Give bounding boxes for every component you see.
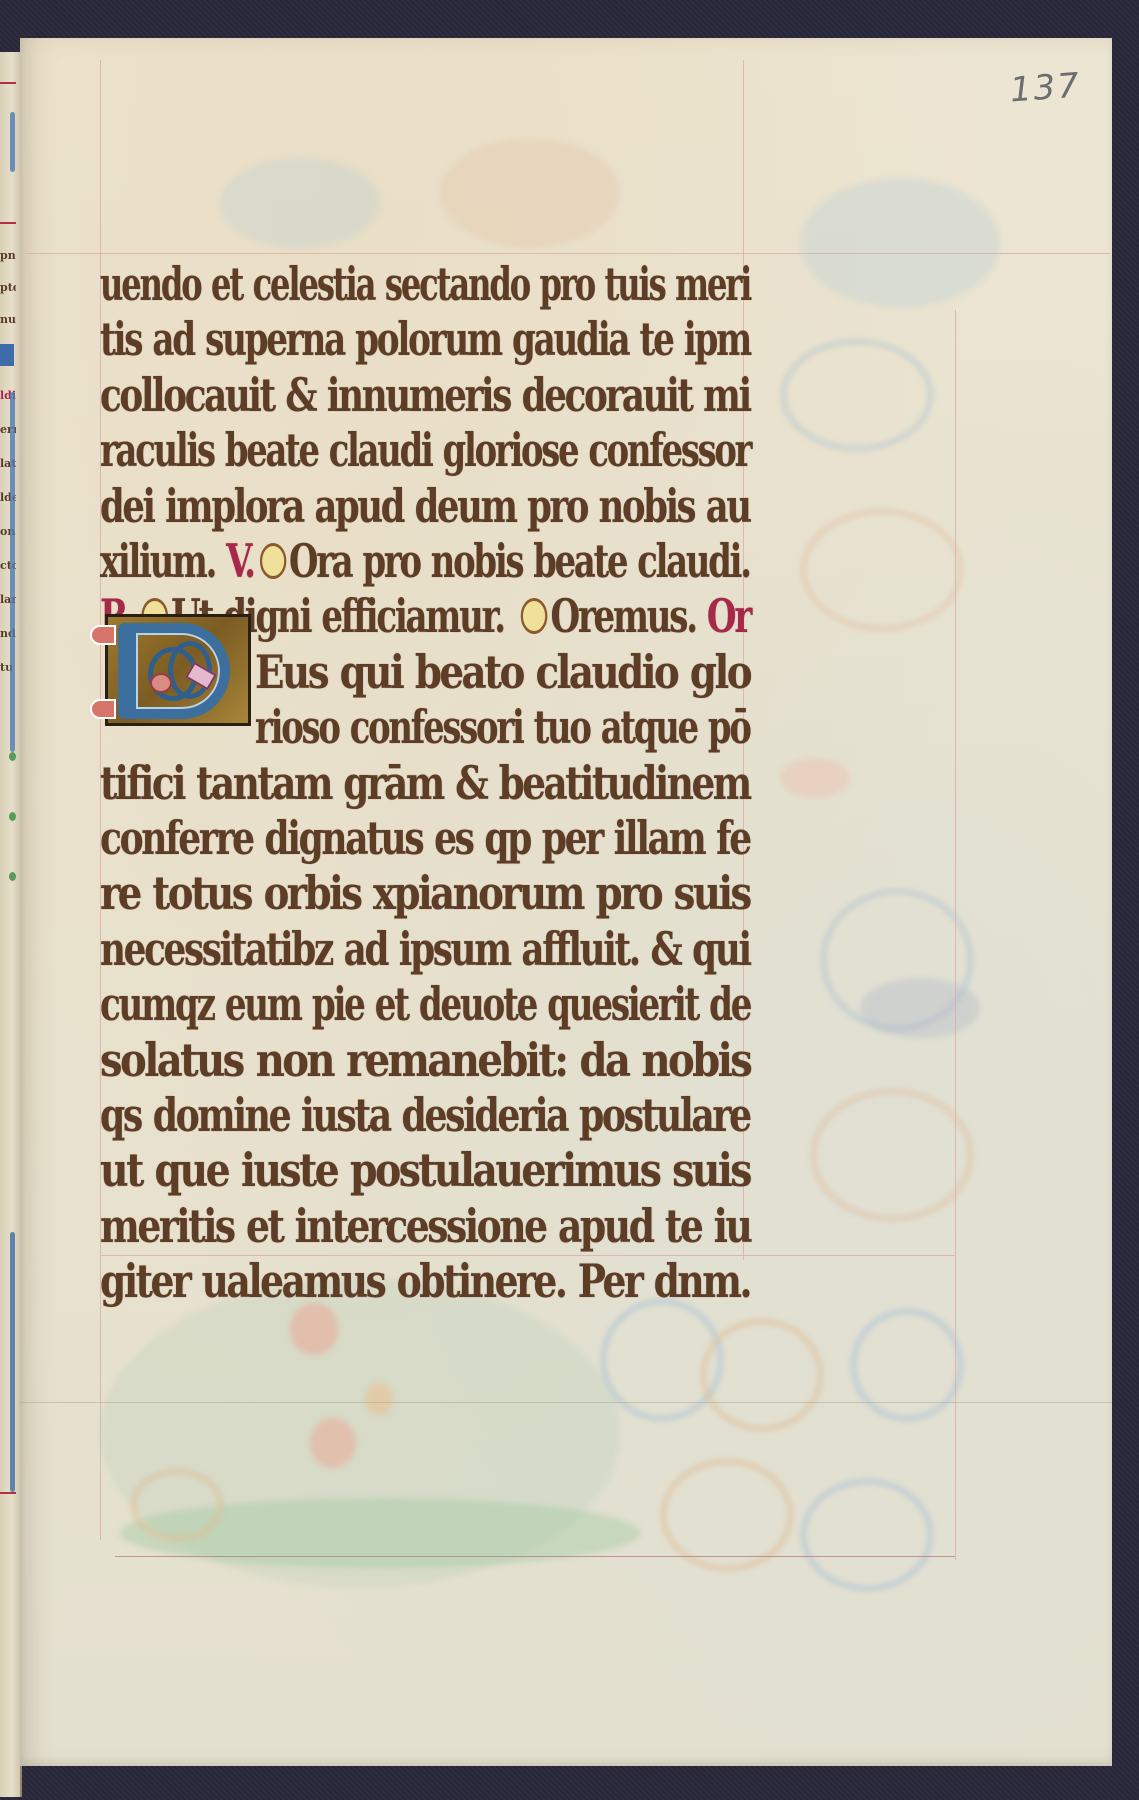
text-segment: dei implora apud deum pro nobis au <box>100 479 750 533</box>
blue-line-filler <box>0 344 14 366</box>
text-line: uendo et celestia sectando pro tuis meri <box>100 256 750 312</box>
bleed-swirl <box>850 1308 964 1422</box>
illuminated-initial-d <box>105 614 251 726</box>
initial-curl <box>90 699 116 719</box>
bleed-swirl <box>130 1468 224 1542</box>
text-line: conferre dignatus es qp per illam fe <box>100 810 750 866</box>
bleed-swirl <box>660 1458 794 1572</box>
yellow-touched-capital <box>521 598 548 634</box>
text-segment: collocauit & innumeris decorauit mi <box>100 368 750 422</box>
text-segment: cumqz eum pie et deuote quesierit de <box>100 977 750 1031</box>
text-line: qs domine iusta desideria postulare <box>100 1087 750 1143</box>
red-rule <box>0 222 16 224</box>
ruling-line <box>955 310 956 1560</box>
text-line: ut que iuste postulauerimus suis <box>100 1142 750 1198</box>
text-line: giter ualeamus obtinere. Per dnm. <box>100 1253 750 1309</box>
text-line: re totus orbis xpianorum pro suis <box>100 865 750 921</box>
rubric-text: Or <box>696 589 750 643</box>
red-rule <box>0 1492 16 1494</box>
text-segment: uendo et celestia sectando pro tuis meri <box>100 257 750 311</box>
text-segment: rioso confessori tuo atque pō <box>255 700 750 754</box>
text-line: xilium. V.Ora pro nobis beate claudi. <box>100 533 750 589</box>
bleed-swirl <box>810 1088 974 1222</box>
ruling-line <box>115 1556 955 1557</box>
text-segment: conferre dignatus es qp per illam fe <box>100 811 750 865</box>
text-line: tis ad superna polorum gaudia te ipm <box>100 311 750 367</box>
bleed-through <box>780 758 850 798</box>
text-line: Eus qui beato claudio glo <box>255 644 750 700</box>
bleed-through <box>440 138 620 248</box>
text-segment: raculis beate claudi gloriose confessor <box>100 423 750 477</box>
yellow-touched-capital <box>260 543 286 579</box>
facing-text-fragment: pnn <box>0 242 16 270</box>
blue-vine-decoration <box>10 112 15 172</box>
page-fold <box>20 1402 1112 1403</box>
text-segment: tifici tantam grām & beatitudinem <box>100 756 750 810</box>
text-line: collocauit & innumeris decorauit mi <box>100 367 750 423</box>
text-segment: qs domine iusta desideria postulare <box>100 1088 750 1142</box>
bleed-through <box>220 158 380 248</box>
leaf-decoration <box>9 812 16 821</box>
text-segment: necessitatibz ad ipsum affluit. & qui <box>100 922 750 976</box>
text-segment: giter ualeamus obtinere. Per dnm. <box>100 1254 750 1308</box>
text-segment: solatus non remanebit: da nobis <box>100 1033 750 1087</box>
text-line: tifici tantam grām & beatitudinem <box>100 755 750 811</box>
facing-page-edge: pnn ptor nust ldia ernar latu lde onar c… <box>0 52 22 1797</box>
text-line: meritis et intercessione apud te iu <box>100 1198 750 1254</box>
text-segment: Ora pro nobis beate claudi. <box>289 534 750 588</box>
facing-text-fragment: nust <box>0 306 16 334</box>
blue-vine-decoration <box>10 1232 15 1492</box>
text-line: cumqz eum pie et deuote quesierit de <box>100 976 750 1032</box>
bleed-rose <box>310 1418 356 1468</box>
bleed-rose <box>290 1303 338 1355</box>
bleed-swirl <box>800 508 964 632</box>
text-line: raculis beate claudi gloriose confessor <box>100 422 750 478</box>
leaf-decoration <box>9 752 16 761</box>
text-segment: tis ad superna polorum gaudia te ipm <box>100 312 750 366</box>
text-line: necessitatibz ad ipsum affluit. & qui <box>100 921 750 977</box>
bleed-swirl <box>780 338 934 452</box>
ruling-line <box>25 253 1110 254</box>
text-line: dei implora apud deum pro nobis au <box>100 478 750 534</box>
text-segment: meritis et intercessione apud te iu <box>100 1199 750 1253</box>
bleed-through <box>800 178 1000 308</box>
text-segment: re totus orbis xpianorum pro suis <box>100 866 750 920</box>
blue-vine-decoration <box>10 392 15 752</box>
red-rule <box>0 82 16 84</box>
leaf-decoration <box>9 872 16 881</box>
text-segment: Eus qui beato claudio glo <box>255 645 750 699</box>
folio-number: 137 <box>1009 66 1083 111</box>
text-segment: ut que iuste postulauerimus suis <box>100 1143 750 1197</box>
bleed-through <box>860 978 980 1038</box>
rubric-text: V. <box>215 534 254 588</box>
text-segment: xilium. <box>100 534 215 588</box>
text-segment: Oremus. <box>550 589 695 643</box>
bleed-swirl <box>700 1318 824 1432</box>
initial-curl <box>90 625 116 645</box>
initial-flower <box>150 673 172 693</box>
text-line: solatus non remanebit: da nobis <box>100 1032 750 1088</box>
text-line: rioso confessori tuo atque pō <box>255 699 750 755</box>
facing-text-fragment: ptor <box>0 274 16 302</box>
bleed-bud <box>365 1383 393 1415</box>
bleed-swirl <box>800 1478 934 1592</box>
